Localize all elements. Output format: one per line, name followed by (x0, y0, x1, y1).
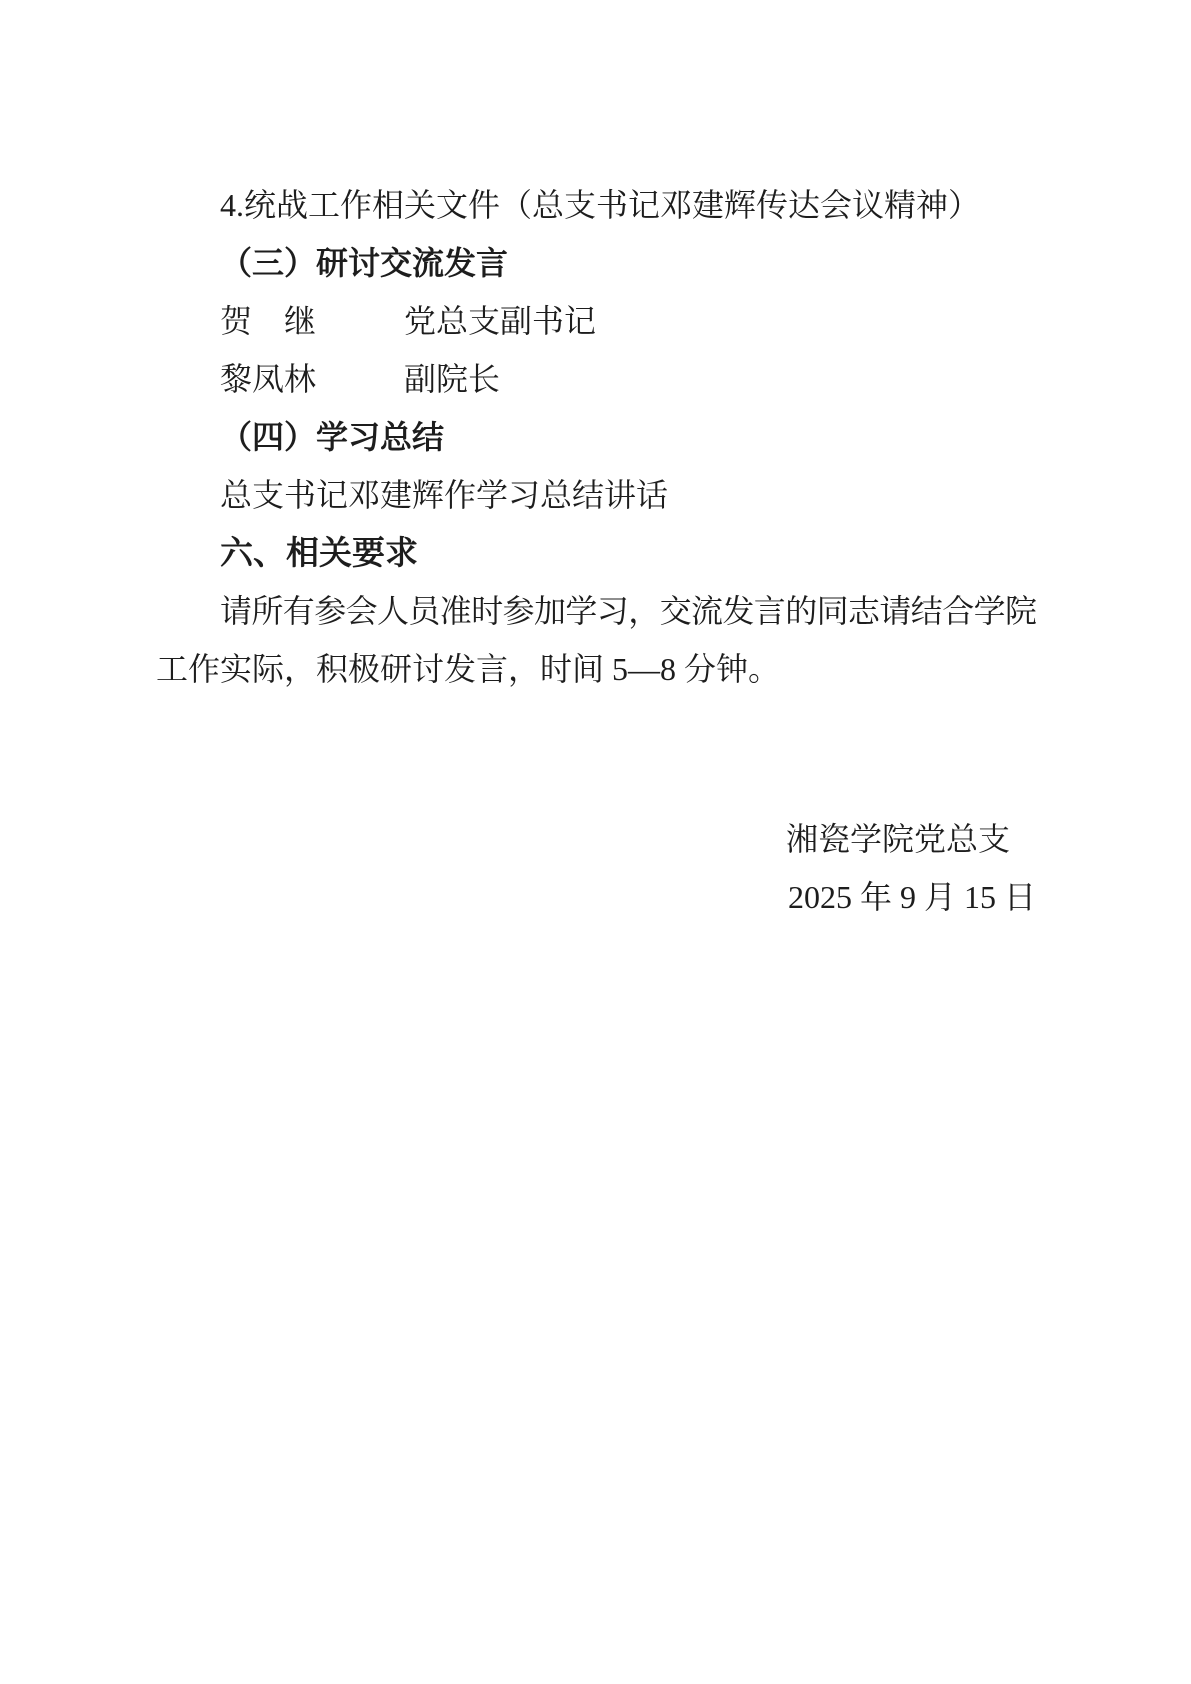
requirements-text-line-2: 工作实际，积极研讨发言，时间 5—8 分钟。 (156, 640, 1036, 698)
signature-block: 湘瓷学院党总支 2025 年 9 月 15 日 (156, 810, 1036, 926)
section-heading-requirements: 六、相关要求 (156, 524, 1036, 582)
speaker-name: 黎凤林 (220, 350, 316, 408)
speaker-title: 党总支副书记 (404, 303, 596, 339)
subheading-discussion-exchange: （三）研讨交流发言 (156, 234, 1036, 292)
requirements-text-line-1: 请所有参会人员准时参加学习，交流发言的同志请结合学院 (156, 582, 1036, 640)
signature-organization: 湘瓷学院党总支 (156, 810, 1036, 868)
signature-date: 2025 年 9 月 15 日 (156, 868, 1036, 926)
summary-speech-line: 总支书记邓建辉作学习总结讲话 (156, 466, 1036, 524)
speaker-title: 副院长 (404, 361, 500, 397)
speaker-name: 贺 继 (220, 292, 316, 350)
document-body: 4.统战工作相关文件（总支书记邓建辉传达会议精神） （三）研讨交流发言 贺 继 … (156, 176, 1036, 926)
document-page: 4.统战工作相关文件（总支书记邓建辉传达会议精神） （三）研讨交流发言 贺 继 … (0, 0, 1191, 1684)
subheading-study-summary: （四）学习总结 (156, 408, 1036, 466)
speaker-row: 贺 继 党总支副书记 (156, 292, 1036, 350)
agenda-item-4: 4.统战工作相关文件（总支书记邓建辉传达会议精神） (156, 176, 1036, 234)
speaker-row: 黎凤林 副院长 (156, 350, 1036, 408)
